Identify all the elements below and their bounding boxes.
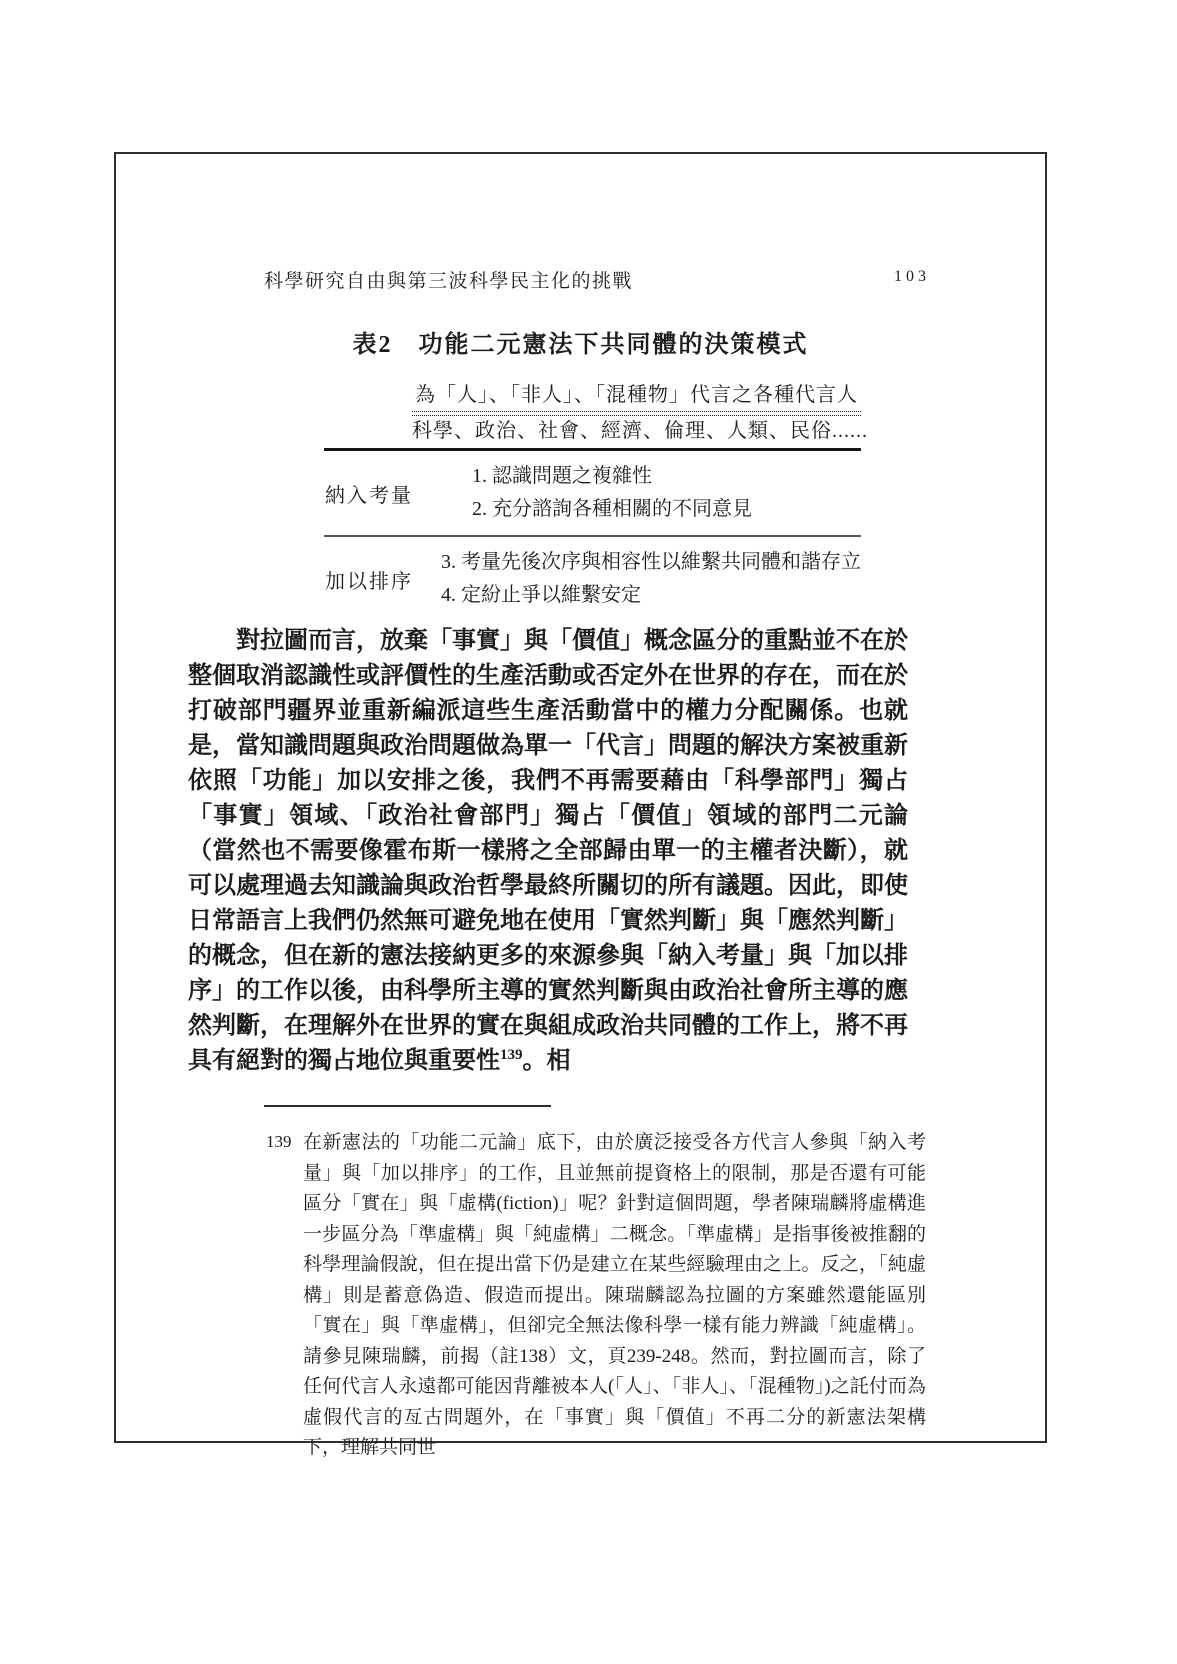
footnote-number: 139 [266, 1128, 303, 1464]
decision-table: 為「人」、「非人」、「混種物」代言之各種代言人 科學、政治、社會、經濟、倫理、人… [324, 382, 861, 621]
footnote-reference: 139 [500, 1047, 523, 1063]
table-row-ordering: 加以排序 3. 考量先後次序與相容性以維繫共同體和諧存立 4. 定紛止爭以維繫安… [324, 537, 861, 621]
table-row-consideration: 納入考量 1. 認識問題之複雜性 2. 充分諮詢各種相關的不同意見 [324, 451, 861, 535]
footnote-separator [264, 1105, 551, 1107]
row-label: 加以排序 [324, 546, 441, 612]
page-number: 103 [894, 268, 930, 286]
row-label: 納入考量 [324, 460, 472, 526]
row-items: 3. 考量先後次序與相容性以維繫共同體和諧存立 4. 定紛止爭以維繫安定 [441, 546, 861, 612]
table-item: 4. 定紛止爭以維繫安定 [441, 579, 861, 612]
table-item: 2. 充分諮詢各種相關的不同意見 [472, 493, 861, 526]
row-items: 1. 認識問題之複雜性 2. 充分諮詢各種相關的不同意見 [472, 460, 861, 526]
table-header-primary: 為「人」、「非人」、「混種物」代言之各種代言人 [412, 382, 861, 409]
table-item: 3. 考量先後次序與相容性以維繫共同體和諧存立 [441, 546, 861, 579]
table-item: 1. 認識問題之複雜性 [472, 460, 861, 493]
footnote-text: 在新憲法的「功能二元論」底下，由於廣泛接受各方代言人參與「納入考量」與「加以排序… [303, 1128, 926, 1464]
body-text: 對拉圖而言，放棄「事實」與「價值」概念區分的重點並不在於整個取消認識性或評價性的… [188, 628, 908, 1074]
table-caption-label: 表2 [353, 332, 393, 358]
scanned-paper-page: 科學研究自由與第三波科學民主化的挑戰 103 表2功能二元憲法下共同體的決策模式… [0, 0, 1177, 1664]
body-paragraph: 對拉圖而言，放棄「事實」與「價值」概念區分的重點並不在於整個取消認識性或評價性的… [188, 624, 908, 1079]
footnote-block: 139 在新憲法的「功能二元論」底下，由於廣泛接受各方代言人參與「納入考量」與「… [266, 1128, 926, 1464]
running-header: 科學研究自由與第三波科學民主化的挑戰 [264, 266, 633, 293]
table-caption: 表2功能二元憲法下共同體的決策模式 [116, 324, 1045, 359]
body-text-after-ref: 。相 [523, 1048, 571, 1074]
table-caption-title: 功能二元憲法下共同體的決策模式 [419, 332, 809, 358]
table-header-secondary: 科學、政治、社會、經濟、倫理、人類、民俗...... [412, 416, 861, 447]
page-border: 科學研究自由與第三波科學民主化的挑戰 103 表2功能二元憲法下共同體的決策模式… [114, 152, 1047, 1443]
